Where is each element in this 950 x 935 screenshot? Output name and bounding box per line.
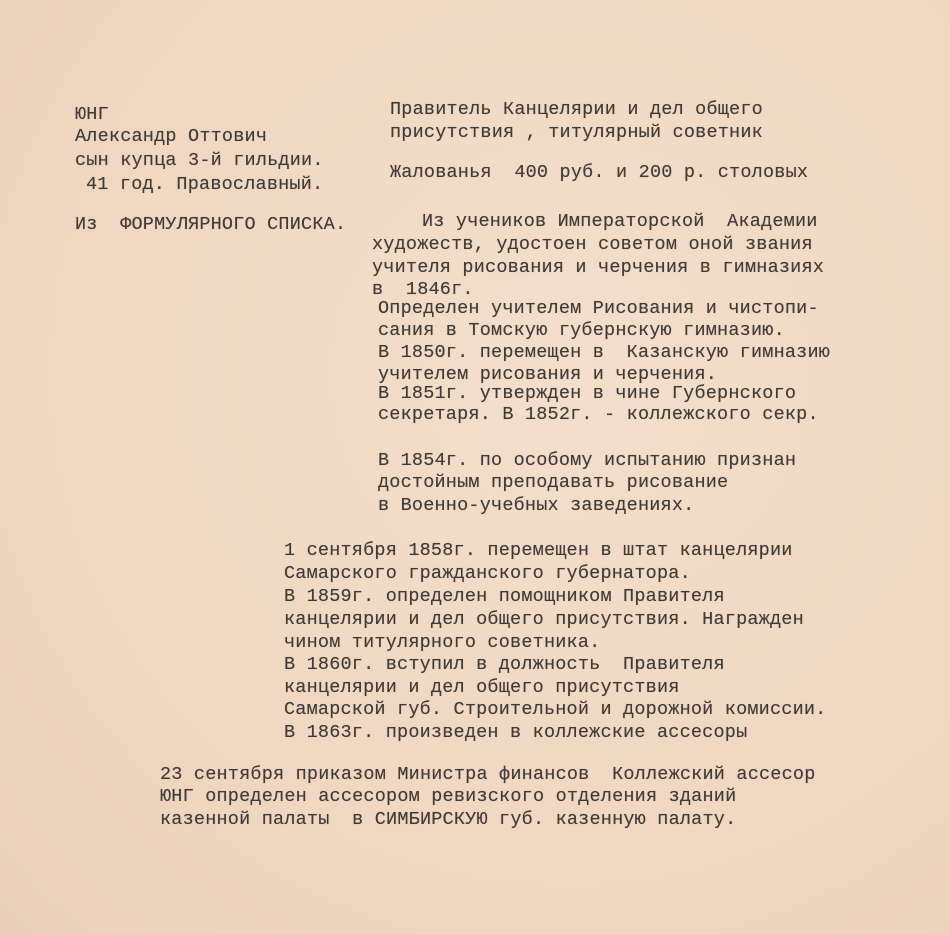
samara-line: канцелярии и дел общего присутствия (284, 679, 680, 698)
samara-line: чином титулярного советника. (284, 634, 600, 653)
samara-line: В 1859г. определен помощником Правителя (284, 588, 725, 607)
samara-line: 1 сентября 1858г. перемещен в штат канце… (284, 542, 793, 561)
formulary-line: В 1850г. перемещен в Казанскую гимназию (378, 344, 830, 363)
samara-line: Самарского гражданского губернатора. (284, 565, 691, 584)
position-line-1: Правитель Канцелярии и дел общего (390, 101, 763, 120)
formulary-label: Из ФОРМУЛЯРНОГО СПИСКА. (75, 216, 346, 235)
salary: Жалованья 400 руб. и 200 р. столовых (390, 164, 808, 183)
formulary-line: художеств, удостоен советом оной звания (372, 236, 813, 255)
samara-line: Самарской губ. Строительной и дорожной к… (284, 701, 827, 720)
age-religion: 41 год. Православный. (86, 176, 323, 195)
samara-line: В 1860г. вступил в должность Правителя (284, 656, 725, 675)
typewritten-document-page: ЮНГ Александр Оттович сын купца 3-й гиль… (0, 0, 950, 935)
origin: сын купца 3-й гильдии. (75, 152, 324, 171)
formulary-line: секретаря. В 1852г. - коллежского секр. (378, 406, 819, 425)
simbirsk-line: ЮНГ определен ассесором ревизского отдел… (160, 788, 736, 807)
formulary-1854-line: В 1854г. по особому испытанию признан (378, 452, 796, 471)
formulary-line: Из учеников Императорской Академии (422, 213, 818, 232)
full-name: Александр Оттович (75, 128, 267, 147)
simbirsk-line: 23 сентября приказом Министра финансов К… (160, 766, 816, 785)
formulary-line: Определен учителем Рисования и чистопи- (378, 300, 819, 319)
formulary-line: в 1846г. (372, 281, 474, 300)
samara-line: В 1863г. произведен в коллежские ассесор… (284, 724, 747, 743)
formulary-1854-line: достойным преподавать рисование (378, 474, 728, 493)
formulary-line: учителем рисования и черчения. (378, 366, 717, 385)
surname: ЮНГ (75, 106, 109, 125)
formulary-line: В 1851г. утвержден в чине Губернского (378, 385, 796, 404)
samara-line: канцелярии и дел общего присутствия. Наг… (284, 611, 804, 630)
formulary-line: учителя рисования и черчения в гимназиях (372, 259, 824, 278)
position-line-2: присутствия , титулярный советник (390, 124, 763, 143)
formulary-line: сания в Томскую губернскую гимназию. (378, 322, 785, 341)
simbirsk-line: казенной палаты в СИМБИРСКУЮ губ. казенн… (160, 811, 736, 830)
formulary-1854-line: в Военно-учебных заведениях. (378, 497, 694, 516)
